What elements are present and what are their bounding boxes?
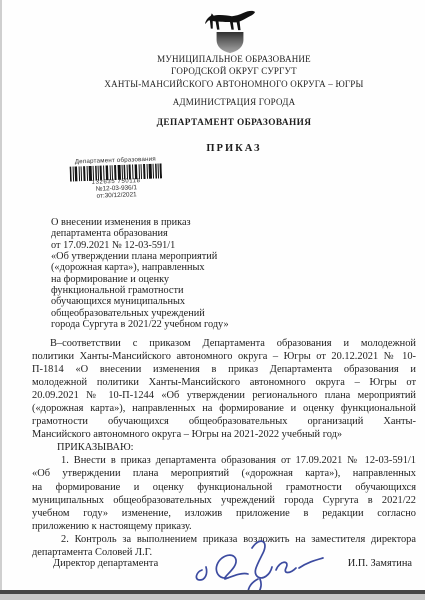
subject-line: обучающихся муниципальных — [51, 296, 313, 307]
body-text: В–соответствии с приказом Департамента о… — [32, 337, 416, 559]
body-line: «Об утверждении плана мероприятий («доро… — [32, 467, 416, 480]
subject-block: О внесении изменения в приказ департамен… — [51, 217, 313, 330]
coat-of-arms-icon — [203, 9, 257, 55]
body-line: 1. Внести в приказ департамента образова… — [32, 454, 416, 467]
subject-line: на формирование и оценку — [51, 274, 313, 285]
body-line: на формирование и оценку функциональной … — [32, 481, 416, 494]
org-name-block: МУНИЦИПАЛЬНОЕ ОБРАЗОВАНИЕ ГОРОДСКОЙ ОКРУ… — [44, 53, 424, 90]
org-name-line: ГОРОДСКОЙ ОКРУГ СУРГУТ — [44, 65, 424, 77]
department-title: ДЕПАРТАМЕНТ ОБРАЗОВАНИЯ — [44, 118, 424, 128]
fox-silhouette — [205, 11, 255, 30]
subject-line: департамента образования — [51, 228, 313, 239]
body-line: муниципальных общеобразовательных учрежд… — [32, 494, 416, 507]
registration-stamp: Департамент образования — [59, 155, 172, 201]
body-line: Мансийского автономного округа – Югры на… — [32, 428, 416, 441]
body-line: В–соответствии с приказом Департамента о… — [32, 337, 416, 350]
body-line: приложению к настоящему приказу. — [32, 520, 416, 533]
subject-line: «Об утверждении плана мероприятий — [51, 251, 313, 262]
subject-line: общеобразовательных учреждений — [51, 308, 313, 319]
document-page: МУНИЦИПАЛЬНОЕ ОБРАЗОВАНИЕ ГОРОДСКОЙ ОКРУ… — [0, 0, 425, 600]
body-line: учебном году» изменение, изложив приложе… — [32, 507, 416, 520]
subject-line: города Сургута в 2021/22 учебном году» — [51, 319, 313, 330]
body-line: грамотности обучающихся общеобразователь… — [32, 415, 416, 428]
body-line: 20.09.2021 № 10-П-1244 «Об утверждении р… — [32, 389, 416, 402]
body-line: П-1814 «О внесении изменения в приказ Де… — [32, 363, 416, 376]
body-line: молодежной политики Ханты-Мансийского ав… — [32, 376, 416, 389]
order-keyword: ПРИКАЗЫВАЮ: — [32, 441, 416, 454]
signature-name: И.П. Замятина — [348, 558, 412, 569]
subject-line: («дорожная карта»), направленных — [51, 262, 313, 273]
signature-autograph-icon — [192, 532, 328, 598]
subject-line: от 17.09.2021 № 12-03-591/1 — [51, 240, 313, 251]
org-name-line: ХАНТЫ-МАНСИЙСКОГО АВТОНОМНОГО ОКРУГА – Ю… — [44, 78, 424, 90]
body-line: политики Ханты-Мансийского автономного о… — [32, 350, 416, 363]
scan-left-edge — [0, 0, 2, 600]
subject-line: О внесении изменения в приказ — [51, 217, 313, 228]
administration-title: АДМИНИСТРАЦИЯ ГОРОДА — [44, 97, 424, 107]
body-line: («дорожная карта»), направленных на форм… — [32, 402, 416, 415]
signature-position-label: Директор департамента — [53, 558, 158, 569]
org-name-line: МУНИЦИПАЛЬНОЕ ОБРАЗОВАНИЕ — [44, 53, 424, 65]
document-type-title: ПРИКАЗ — [44, 143, 424, 154]
shield-shape — [217, 32, 244, 53]
scan-bottom-strip — [0, 594, 425, 600]
subject-line: функциональной грамотности — [51, 285, 313, 296]
